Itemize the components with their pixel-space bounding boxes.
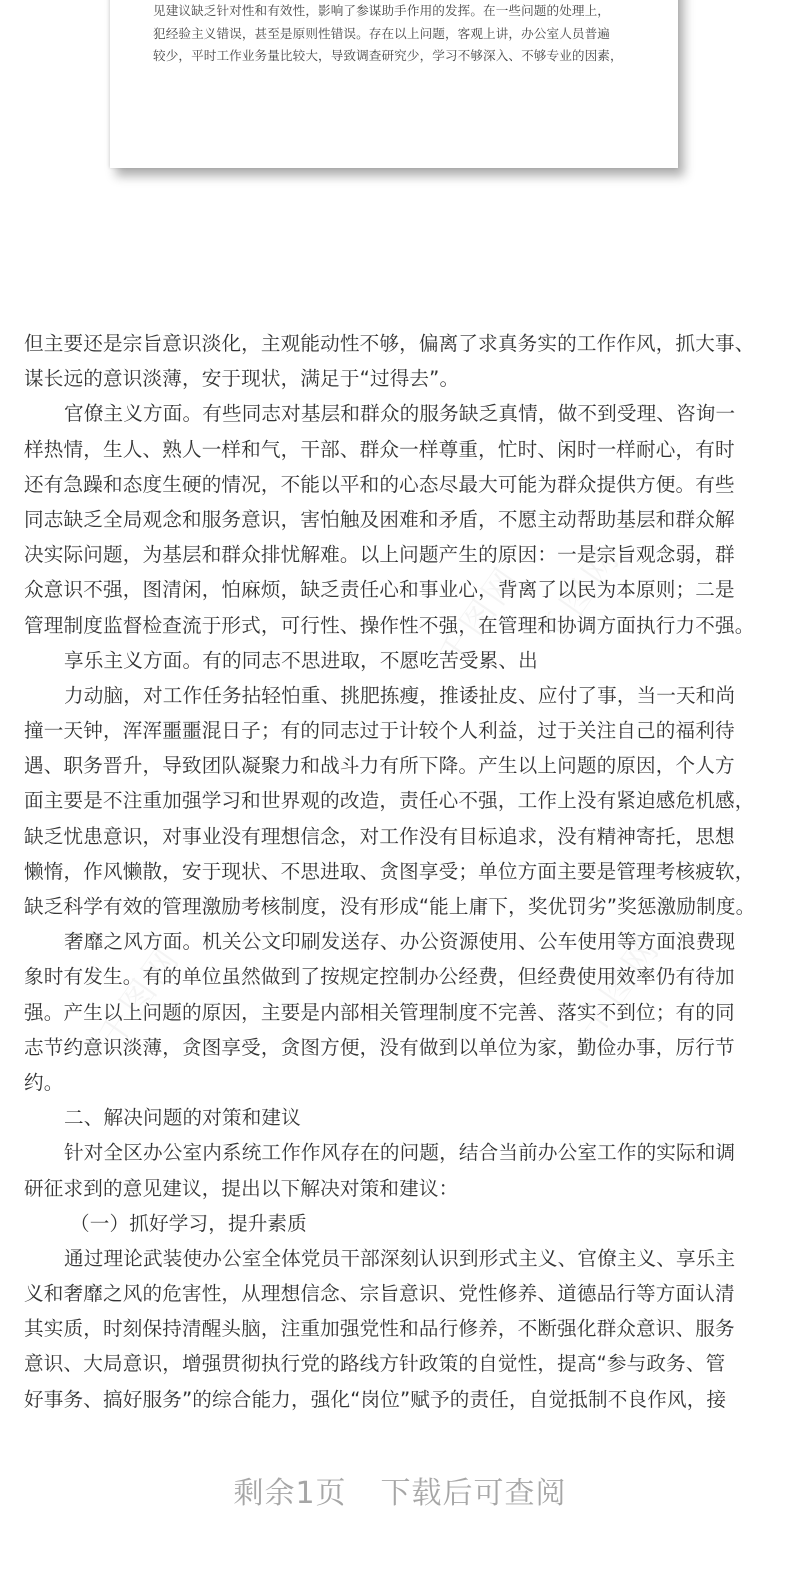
download-hint-label: 下载后可查阅	[381, 1476, 567, 1511]
document-line: 缺乏忧患意识，对事业没有理想信念，对工作没有目标追求，没有精神寄托，思想	[24, 819, 784, 854]
document-line: 众意识不强，图清闲，怕麻烦，缺乏责任心和事业心，背离了以民为本原则；二是	[24, 572, 784, 607]
preview-line: 较少，平时工作业务量比较大，导致调查研究少，学习不够深入、不够专业的因素，	[153, 45, 673, 68]
document-line: 官僚主义方面。有些同志对基层和群众的服务缺乏真情，做不到受理、咨询一	[24, 396, 784, 431]
document-line: 约。	[24, 1065, 784, 1100]
document-line: 针对全区办公室内系统工作作风存在的问题，结合当前办公室工作的实际和调	[24, 1135, 784, 1170]
document-line: 二、解决问题的对策和建议	[24, 1100, 784, 1135]
preview-line: 见建议缺乏针对性和有效性，影响了参谋助手作用的发挥。在一些问题的处理上，	[153, 0, 673, 23]
document-line: 遇、职务晋升，导致团队凝聚力和战斗力有所下降。产生以上问题的原因，个人方	[24, 748, 784, 783]
document-line: 力动脑，对工作任务拈轻怕重、挑肥拣瘦，推诿扯皮、应付了事，当一天和尚	[24, 678, 784, 713]
document-line: 享乐主义方面。有的同志不思进取，不愿吃苦受累、出	[24, 643, 784, 678]
document-line: 研征求到的意见建议，提出以下解决对策和建议：	[24, 1171, 784, 1206]
document-line: 义和奢靡之风的危害性，从理想信念、宗旨意识、党性修养、道德品行等方面认清	[24, 1276, 784, 1311]
preview-line: 犯经验主义错误，甚至是原则性错误。存在以上问题，客观上讲，办公室人员普遍	[153, 23, 673, 46]
document-body: 但主要还是宗旨意识淡化，主观能动性不够，偏离了求真务实的工作作风，抓大事、谋长远…	[24, 326, 784, 1417]
remaining-pages-banner[interactable]: 剩余1页下载后可查阅	[0, 1468, 800, 1512]
document-line: 但主要还是宗旨意识淡化，主观能动性不够，偏离了求真务实的工作作风，抓大事、	[24, 326, 784, 361]
document-line: 管理制度监督检查流于形式，可行性、操作性不强，在管理和协调方面执行力不强。	[24, 608, 784, 643]
document-line: 面主要是不注重加强学习和世界观的改造，责任心不强，工作上没有紧迫感危机感，	[24, 783, 784, 818]
document-line: 撞一天钟，浑浑噩噩混日子；有的同志过于计较个人利益，过于关注自己的福利待	[24, 713, 784, 748]
document-line: 好事务、搞好服务”的综合能力，强化“岗位”赋予的责任，自觉抵制不良作风，接	[24, 1382, 784, 1417]
document-line: 还有急躁和态度生硬的情况，不能以平和的心态尽最大可能为群众提供方便。有些	[24, 467, 784, 502]
document-line: 懒惰，作风懒散，安于现状、不思进取、贪图享受；单位方面主要是管理考核疲软，	[24, 854, 784, 889]
document-line: 志节约意识淡薄，贪图享受，贪图方便，没有做到以单位为家，勤俭办事，厉行节	[24, 1030, 784, 1065]
document-line: 象时有发生。有的单位虽然做到了按规定控制办公经费，但经费使用效率仍有待加	[24, 959, 784, 994]
document-line: （一）抓好学习，提升素质	[24, 1206, 784, 1241]
document-line: 同志缺乏全局观念和服务意识，害怕触及困难和矛盾，不愿主动帮助基层和群众解	[24, 502, 784, 537]
document-line: 谋长远的意识淡薄，安于现状，满足于“过得去”。	[24, 361, 784, 396]
document-line: 奢靡之风方面。机关公文印刷发送存、办公资源使用、公车使用等方面浪费现	[24, 924, 784, 959]
document-line: 缺乏科学有效的管理激励考核制度，没有形成“能上庸下，奖优罚劣”奖惩激励制度。	[24, 889, 784, 924]
document-line: 其实质，时刻保持清醒头脑，注重加强党性和品行修养，不断强化群众意识、服务	[24, 1311, 784, 1346]
pages-left-label: 剩余1页	[233, 1476, 346, 1511]
document-line: 通过理论武装使办公室全体党员干部深刻认识到形式主义、官僚主义、享乐主	[24, 1241, 784, 1276]
document-line: 决实际问题，为基层和群众排忧解难。以上问题产生的原因：一是宗旨观念弱，群	[24, 537, 784, 572]
document-preview-card: 见建议缺乏针对性和有效性，影响了参谋助手作用的发挥。在一些问题的处理上， 犯经验…	[110, 0, 678, 168]
preview-card-text: 见建议缺乏针对性和有效性，影响了参谋助手作用的发挥。在一些问题的处理上， 犯经验…	[153, 0, 673, 68]
document-line: 意识、大局意识，增强贯彻执行党的路线方针政策的自觉性，提高“参与政务、管	[24, 1346, 784, 1381]
document-line: 强。产生以上问题的原因，主要是内部相关管理制度不完善、落实不到位；有的同	[24, 995, 784, 1030]
document-line: 样热情，生人、熟人一样和气，干部、群众一样尊重，忙时、闲时一样耐心，有时	[24, 432, 784, 467]
